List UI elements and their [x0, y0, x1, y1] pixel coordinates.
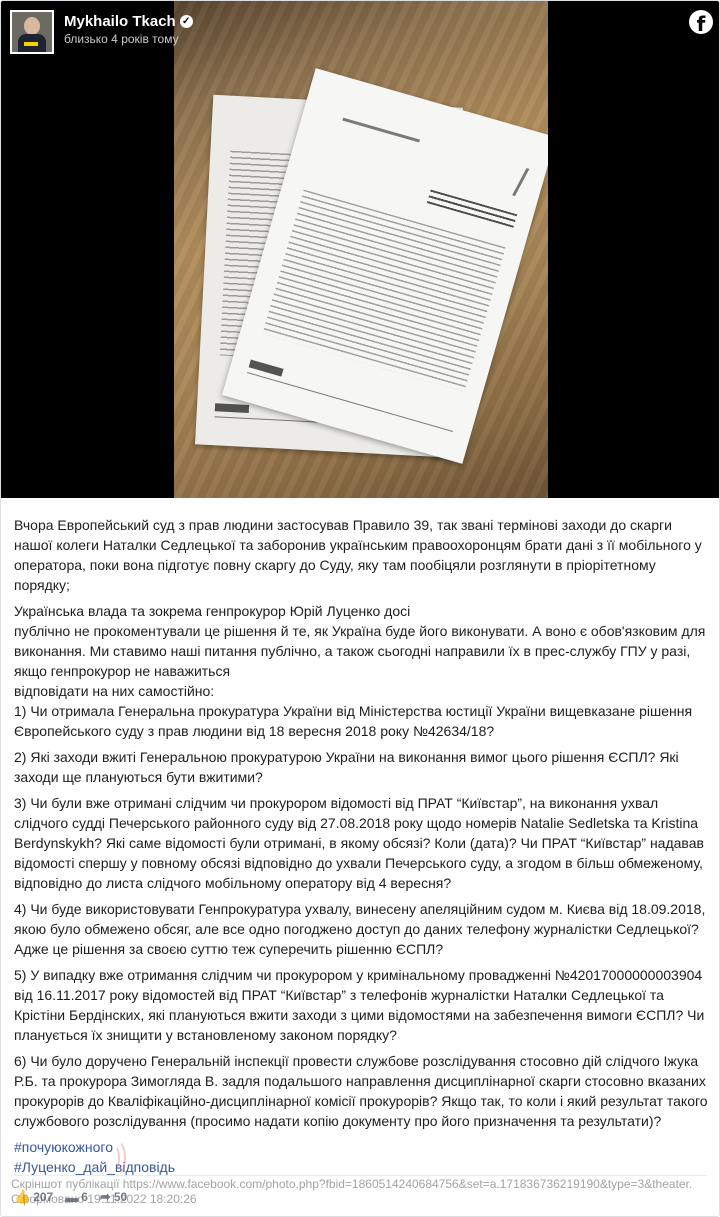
radio-liberty-torch-icon	[512, 168, 543, 200]
post-timestamp[interactable]: близько 4 років тому	[64, 32, 193, 46]
like-icon: 👍	[14, 1189, 30, 1205]
author-name[interactable]: Mykhailo Tkach	[64, 13, 176, 30]
post-paragraph: Вчора Европейський суд з прав людини зас…	[14, 515, 712, 595]
document-text-lines	[262, 190, 505, 392]
reactions-bar: 👍 207 ▬ 6 ➦ 50	[14, 1189, 139, 1205]
comments-value: 6	[81, 1190, 88, 1204]
post-paragraph: 6) Чи було доручено Генеральній інспекці…	[14, 1051, 712, 1131]
post-paragraph: 2) Які заходи вжиті Генеральною прокурат…	[14, 747, 712, 787]
facebook-logo-icon[interactable]: f	[689, 10, 713, 34]
shares-count[interactable]: ➦ 50	[100, 1189, 127, 1205]
author-text: Mykhailo Tkach ✓ близько 4 років тому	[64, 13, 193, 46]
post-paragraph: Українська влада та зокрема генпрокурор …	[14, 601, 712, 621]
shares-value: 50	[114, 1190, 127, 1204]
post-paragraph: 5) У випадку вже отримання слідчим чи пр…	[14, 965, 712, 1045]
author-name-row: Mykhailo Tkach ✓	[64, 13, 193, 30]
footer-divider	[11, 1175, 707, 1176]
verified-badge-icon: ✓	[180, 15, 193, 28]
share-icon: ➦	[100, 1189, 111, 1205]
watermark-signal-icon	[106, 1139, 128, 1175]
document-addressee	[427, 190, 517, 228]
comment-icon: ▬	[65, 1190, 78, 1205]
post-media[interactable]: Mykhailo Tkach ✓ близько 4 років тому f	[1, 1, 719, 498]
document-date-line	[342, 118, 420, 143]
avatar-face	[24, 17, 40, 35]
post-paragraph: 3) Чи були вже отримані слідчим чи проку…	[14, 793, 712, 893]
post-paragraph: 4) Чи буде використовувати Генпрокуратур…	[14, 899, 712, 959]
post-paragraph: 1) Чи отримала Генеральна прокуратура Ук…	[14, 701, 712, 741]
facebook-post-card: Mykhailo Tkach ✓ близько 4 років тому f …	[0, 0, 720, 1217]
post-photo[interactable]	[174, 1, 548, 498]
post-text: Вчора Европейський суд з прав людини зас…	[14, 515, 712, 1177]
avatar-flag	[24, 42, 38, 46]
post-author: Mykhailo Tkach ✓ близько 4 років тому	[10, 10, 193, 54]
likes-count[interactable]: 👍 207	[14, 1189, 53, 1205]
avatar[interactable]	[10, 10, 54, 54]
comments-count[interactable]: ▬ 6	[65, 1190, 88, 1205]
post-paragraph: публічно не прокоментували це рішення й …	[14, 621, 712, 681]
post-paragraph: відповідати на них самостійно:	[14, 681, 712, 701]
likes-value: 207	[33, 1190, 53, 1204]
document-footer-logo	[215, 403, 249, 413]
